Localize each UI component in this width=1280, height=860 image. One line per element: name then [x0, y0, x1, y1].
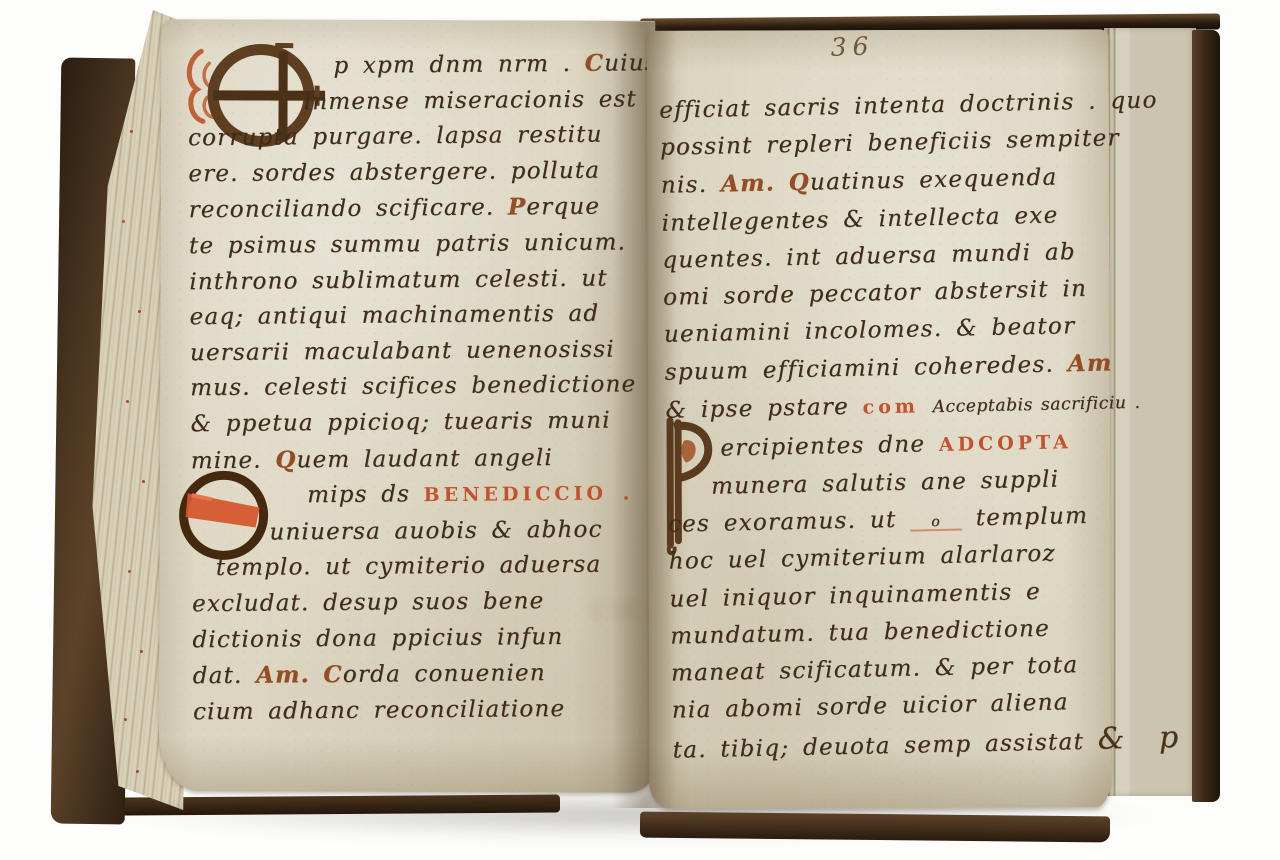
text-segment: mine.: [191, 447, 276, 474]
manuscript-line: reconciliando scificare. Perque: [188, 188, 659, 229]
text-segment: uniuersa auobis & abhoc: [269, 516, 602, 545]
text-segment: spuum efficiamini coheredes.: [664, 352, 1068, 386]
text-segment: Q: [788, 169, 810, 196]
text-segment: munera salutis ane suppli: [711, 467, 1060, 500]
text-block-left: p xpm dnm nrm . Cuiusinmense miseracioni…: [187, 45, 663, 730]
text-segment: erque: [526, 194, 600, 221]
text-segment: [775, 170, 789, 196]
text-segment: [919, 392, 933, 418]
text-segment: orda conuenien: [343, 660, 546, 688]
manuscript-line: inmense miseracionis est: [188, 82, 659, 122]
text-segment: cium adhanc reconciliatione: [193, 696, 565, 725]
manuscript-line: excludat. desup suos bene: [192, 583, 663, 623]
text-segment: C: [323, 661, 343, 688]
text-segment: uem laudant angeli: [296, 445, 553, 473]
text-segment: & ppetua ppicioq; tuearis muni: [190, 407, 610, 437]
text-segment: templum: [962, 503, 1089, 532]
text-segment: mundatum. tua benedictione: [670, 616, 1050, 650]
manuscript-line: & ppetua ppicioq; tuearis muni: [190, 403, 661, 443]
text-segment: o: [910, 515, 962, 532]
text-segment: dictionis dona ppicius infun: [192, 623, 563, 652]
text-segment: C: [585, 50, 605, 77]
rubric-text: com: [862, 395, 919, 418]
text-segment: P: [508, 194, 527, 221]
manuscript-photo: p xpm dnm nrm . Cuiusinmense miseracioni…: [0, 0, 1280, 860]
text-segment: ta. tibiq; deuota semp assistat: [672, 729, 1098, 764]
manuscript-line: inthrono sublimatum celesti. ut: [189, 261, 660, 301]
text-segment: Am: [1067, 350, 1112, 378]
text-segment: [310, 662, 324, 688]
text-segment: Am.: [721, 170, 776, 198]
text-segment: inthrono sublimatum celesti. ut: [189, 265, 608, 295]
text-segment: possint repleri beneficiis sempiter: [660, 125, 1120, 161]
text-segment: uersarii maculabant uenenosissi: [190, 336, 615, 366]
text-segment: te psimus summu patris unicum.: [189, 229, 626, 259]
text-segment: reconciliando scificare.: [189, 195, 508, 224]
right-page: 36 efficiat sacris intenta doctrinis . q…: [647, 29, 1112, 809]
manuscript-line: uersarii maculabant uenenosissi: [190, 332, 661, 372]
manuscript-line: mine. Quem laudant angeli: [191, 439, 662, 480]
text-segment: ercipientes dne: [720, 431, 939, 462]
lower-cover-edge-right: [640, 812, 1110, 843]
text-segment: Q: [275, 446, 296, 473]
text-segment: ueniamini incolomes. & beator: [664, 313, 1076, 348]
text-segment: Am.: [256, 661, 310, 688]
text-segment: inmense miseracionis est: [304, 86, 637, 115]
text-segment: eaq; antiqui machinamentis ad: [189, 301, 599, 331]
text-segment: & ipse pstare: [665, 393, 863, 423]
text-segment: nia abomi sorde uicior aliena: [672, 690, 1070, 724]
manuscript-line: templo. ut cymiterio aduersa: [192, 547, 663, 587]
lower-cover-edge-left: [120, 794, 560, 815]
text-segment: quentes. int aduersa mundi ab: [662, 239, 1076, 274]
manuscript-line: cium adhanc reconciliatione: [193, 691, 664, 731]
text-segment: dat.: [193, 663, 257, 690]
text-segment: intellegentes & intellecta exe: [661, 202, 1058, 236]
text-segment: & p: [1097, 720, 1188, 757]
manuscript-line: dictionis dona ppicius infun: [192, 619, 663, 659]
text-segment: omi sorde peccator abstersit in: [663, 276, 1088, 311]
rubric-text: BENEDICCIO .: [424, 482, 634, 506]
page-number: 36: [830, 31, 875, 62]
manuscript-line: ere. sordes abstergere. polluta: [188, 153, 659, 193]
gutter-shadow: [612, 22, 676, 808]
text-segment: mips ds: [307, 481, 424, 508]
manuscript-line: dat. Am. Corda conuenien: [193, 654, 664, 695]
manuscript-line: eaq; antiqui machinamentis ad: [189, 296, 660, 336]
manuscript-line: te psimus summu patris unicum.: [189, 225, 660, 265]
text-segment: p xpm dnm nrm .: [333, 51, 584, 79]
text-segment: uatinus exequenda: [810, 165, 1058, 196]
text-segment: ces exoramus. ut: [668, 507, 911, 538]
text-segment: ere. sordes abstergere. polluta: [188, 157, 600, 187]
text-segment: efficiat sacris intenta doctrinis . quo: [659, 87, 1158, 123]
left-page: p xpm dnm nrm . Cuiusinmense miseracioni…: [159, 19, 656, 793]
manuscript-line: uniuersa auobis & abhoc: [191, 512, 662, 552]
text-segment: Acceptabis sacrificiu .: [932, 392, 1140, 416]
manuscript-line: corrupta purgare. lapsa restitu: [188, 117, 659, 157]
text-segment: mus. celesti scifices benedictione: [190, 372, 636, 402]
manuscript-line: mips ds BENEDICCIO .: [191, 475, 662, 516]
text-segment: maneat scificatum. & per tota: [671, 652, 1079, 687]
text-segment: uel iniquor inquinamentis e: [669, 579, 1041, 613]
text-segment: corrupta purgare. lapsa restitu: [188, 122, 603, 152]
text-segment: excludat. desup suos bene: [192, 588, 544, 617]
rubric-text: ADCOPTA: [939, 431, 1072, 456]
manuscript-line: p xpm dnm nrm . Cuius: [187, 45, 658, 86]
text-segment: templo. ut cymiterio aduersa: [216, 552, 602, 581]
text-block-right: efficiat sacris intenta doctrinis . quop…: [659, 82, 1189, 770]
manuscript-line: mus. celesti scifices benedictione: [190, 367, 661, 407]
right-cover: [1192, 30, 1220, 802]
text-segment: hoc uel cymiterium alarlaroz: [668, 541, 1056, 575]
